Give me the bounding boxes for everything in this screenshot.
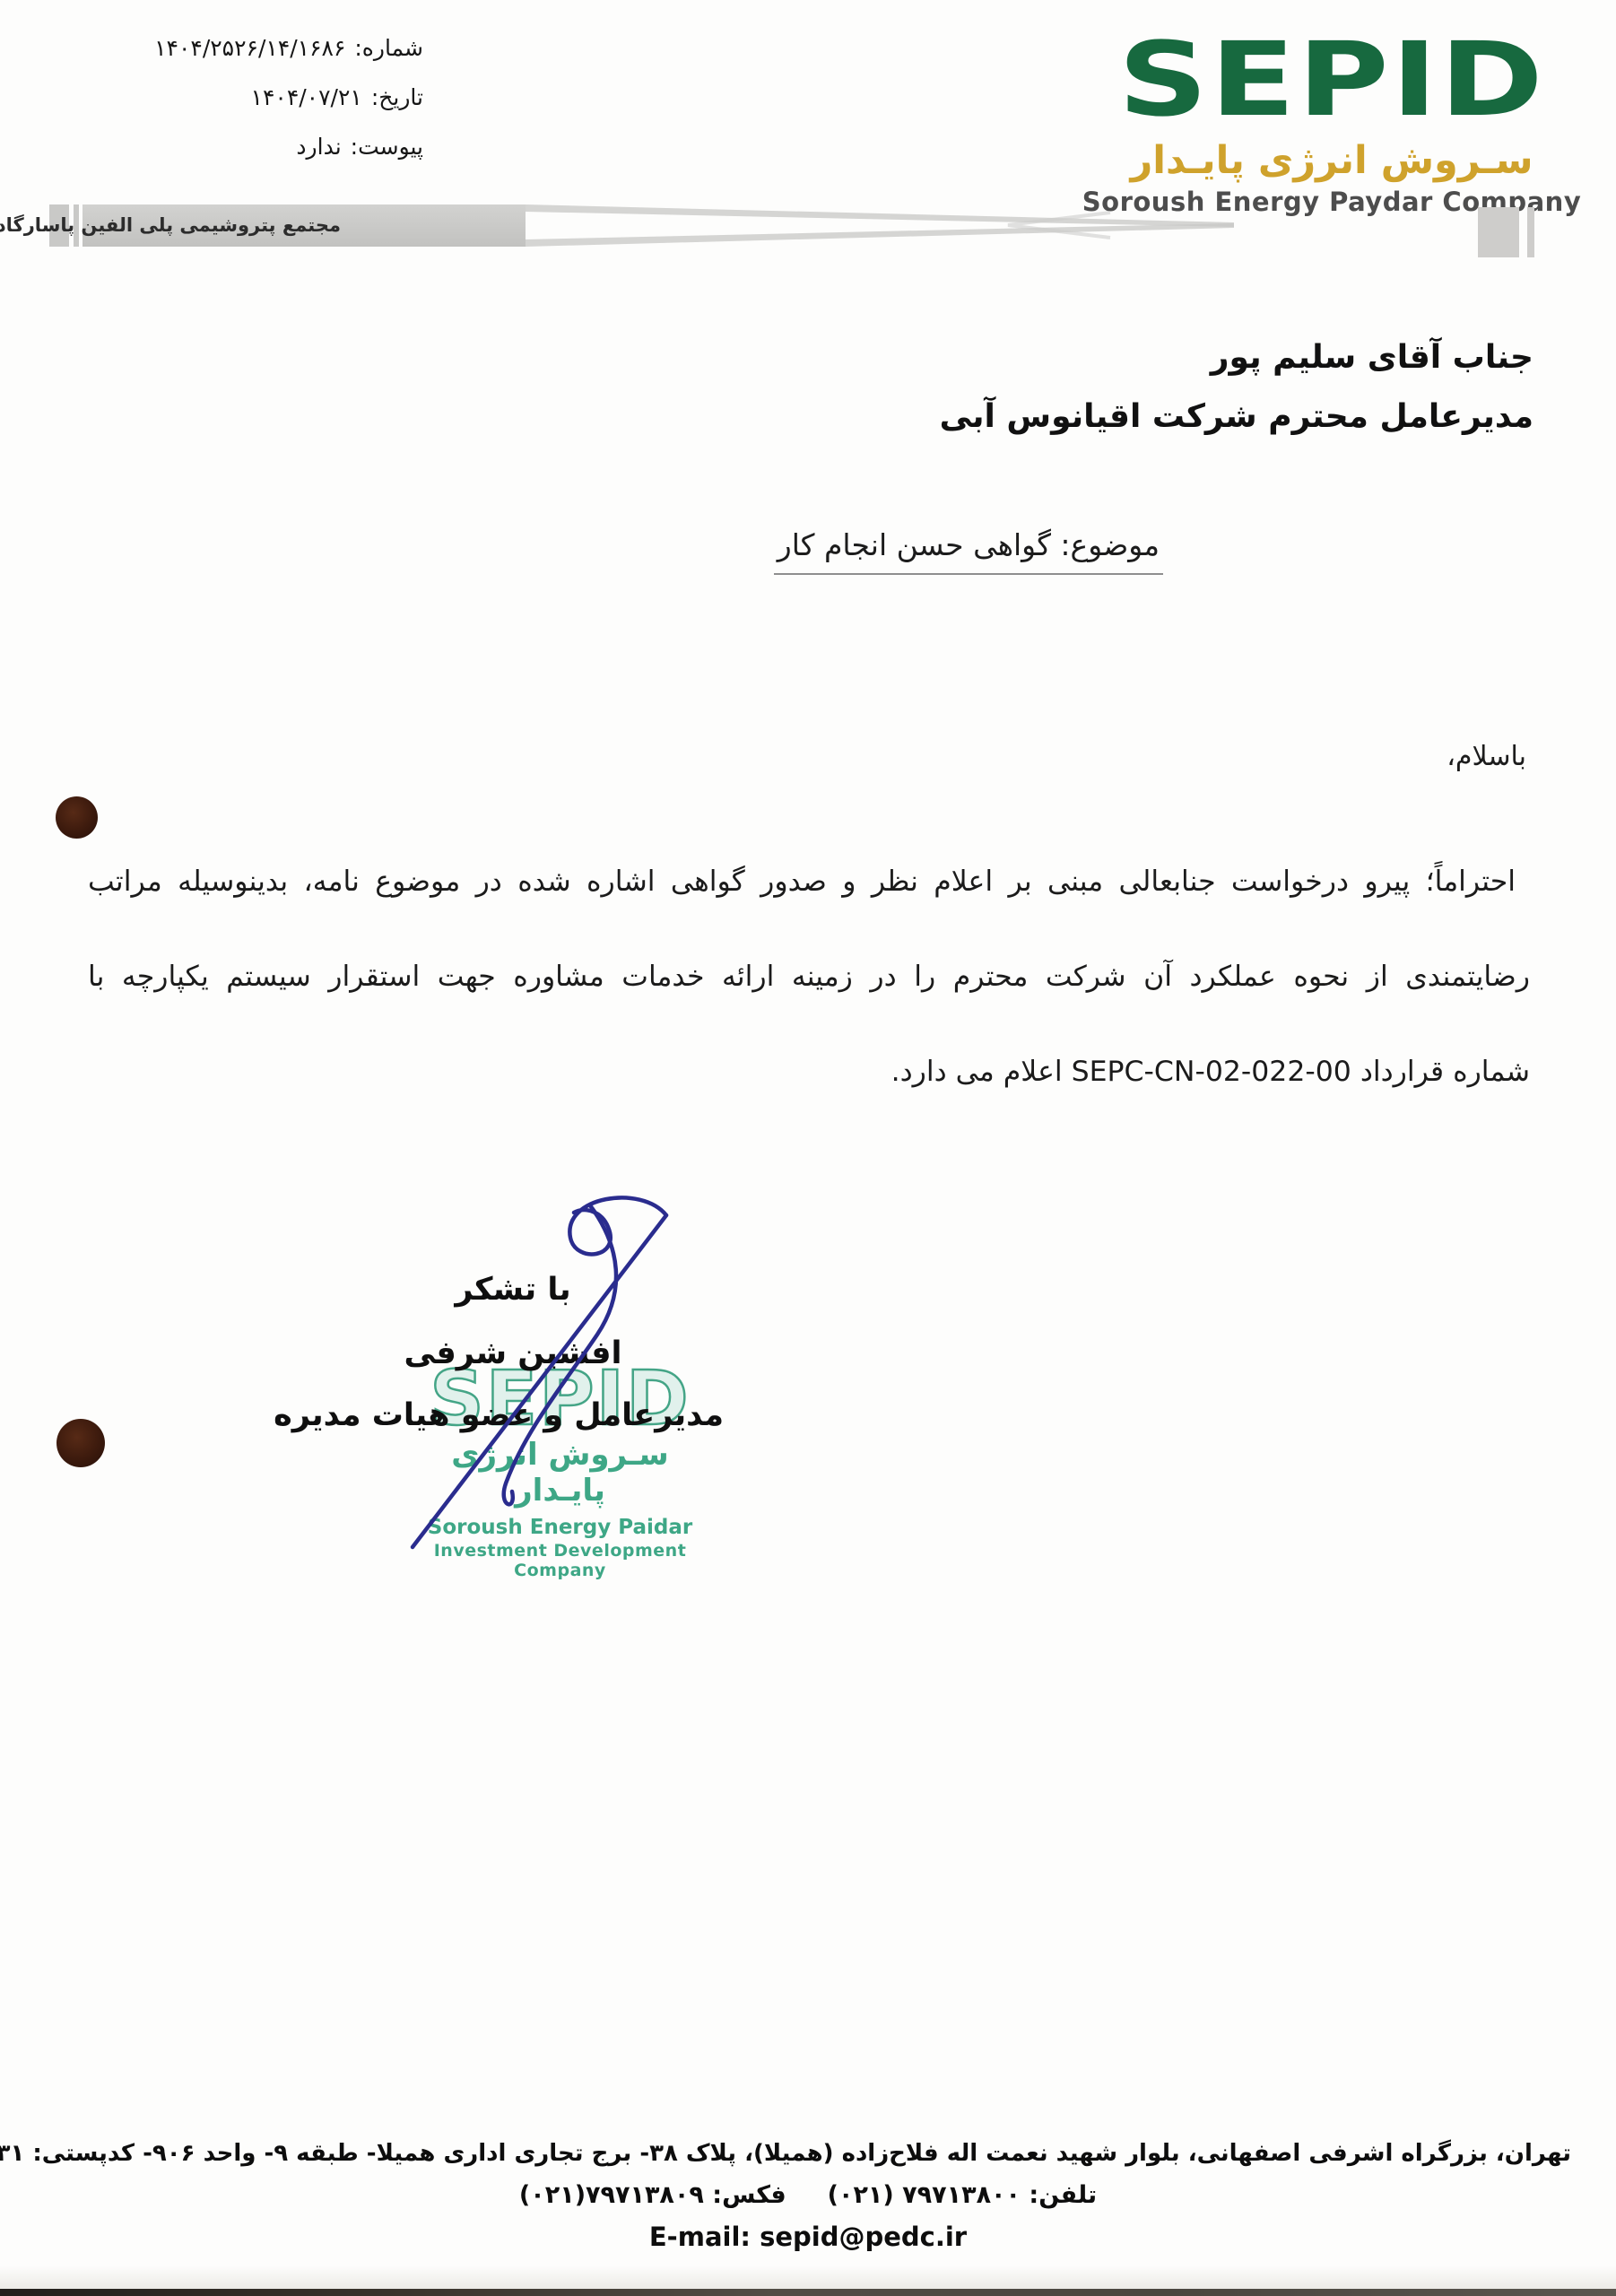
footer-phone: تلفن: ۷۹۷۱۳۸۰۰ (۰۲۱) xyxy=(828,2181,1097,2209)
body-line-2: رضایتمندی از نحوه عملکرد آن شرکت محترم ر… xyxy=(88,929,1530,1024)
logo-persian-name: سـروش انرژی پایـدار xyxy=(1076,138,1587,183)
body-paragraph: احتراماً؛ پیرو درخواست جنابعالی مبنی بر … xyxy=(88,834,1530,1119)
band-endcap-right-square xyxy=(1478,207,1519,257)
letter-meta-block: شماره:۱۴۰۴/۲۵۲۶/۱۴/۱۶۸۶ تاریخ:۱۴۰۴/۰۷/۲۱… xyxy=(83,23,423,171)
recipient-block: جناب آقای سلیم پور مدیرعامل محترم شرکت ا… xyxy=(940,339,1533,435)
letter-date-label: تاریخ: xyxy=(371,84,423,110)
scan-bottom-edge xyxy=(0,2289,1616,2296)
letter-number-value: ۱۴۰۴/۲۵۲۶/۱۴/۱۶۸۶ xyxy=(154,35,345,61)
letter-attachment-value: ندارد xyxy=(296,134,341,160)
letter-footer: تهران، بزرگراه اشرفی اصفهانی، بلوار شهید… xyxy=(45,2140,1571,2252)
body-line-3-prefix: شماره قرارداد xyxy=(1351,1056,1530,1088)
letter-attachment-row: پیوست:ندارد xyxy=(83,122,423,171)
punch-hole-top xyxy=(56,796,98,839)
scan-bottom-shade xyxy=(0,2266,1616,2289)
footer-fax: فکس: ۷۹۷۱۳۸۰۹(۰۲۱) xyxy=(519,2181,786,2209)
letter-number-label: شماره: xyxy=(354,35,423,61)
footer-email: E-mail: sepid@pedc.ir xyxy=(45,2222,1571,2252)
letter-attachment-label: پیوست: xyxy=(351,134,423,160)
footer-phones: تلفن: ۷۹۷۱۳۸۰۰ (۰۲۱)فکس: ۷۹۷۱۳۸۰۹(۰۲۱) xyxy=(45,2181,1571,2209)
letter-page: شماره:۱۴۰۴/۲۵۲۶/۱۴/۱۶۸۶ تاریخ:۱۴۰۴/۰۷/۲۱… xyxy=(0,0,1616,2296)
body-line-3-suffix: اعلام می دارد. xyxy=(891,1056,1072,1088)
band-label: مجتمع پتروشیمی پلی الفین پاسارگاد xyxy=(90,204,341,247)
recipient-title: مدیرعامل محترم شرکت اقیانوس آبی xyxy=(940,398,1533,435)
punch-hole-bottom xyxy=(56,1419,105,1467)
letter-date-value: ۱۴۰۴/۰۷/۲۱ xyxy=(251,84,362,110)
footer-address: تهران، بزرگراه اشرفی اصفهانی، بلوار شهید… xyxy=(45,2140,1571,2167)
body-line-3: شماره قرارداد SEPC-CN-02-022-00 اعلام می… xyxy=(88,1024,1530,1119)
band-taper-arrow xyxy=(526,204,1315,247)
salutation: باسلام، xyxy=(1447,741,1526,772)
header-band: مجتمع پتروشیمی پلی الفین پاسارگاد xyxy=(83,204,526,247)
sepid-logo-wordmark: SEPID xyxy=(1020,29,1616,131)
body-line-1: احتراماً؛ پیرو درخواست جنابعالی مبنی بر … xyxy=(88,834,1530,929)
subject-line: موضوع: گواهی حسن انجام کار xyxy=(774,527,1163,575)
letter-date-row: تاریخ:۱۴۰۴/۰۷/۲۱ xyxy=(83,73,423,122)
contract-number: SEPC-CN-02-022-00 xyxy=(1072,1056,1351,1088)
letter-number-row: شماره:۱۴۰۴/۲۵۲۶/۱۴/۱۶۸۶ xyxy=(83,23,423,73)
band-endcap-right-bar xyxy=(1527,207,1534,257)
recipient-name: جناب آقای سلیم پور xyxy=(940,339,1533,376)
company-logo: SEPID سـروش انرژی پایـدار Soroush Energy… xyxy=(1076,29,1587,217)
signature-scribble xyxy=(381,1191,686,1554)
